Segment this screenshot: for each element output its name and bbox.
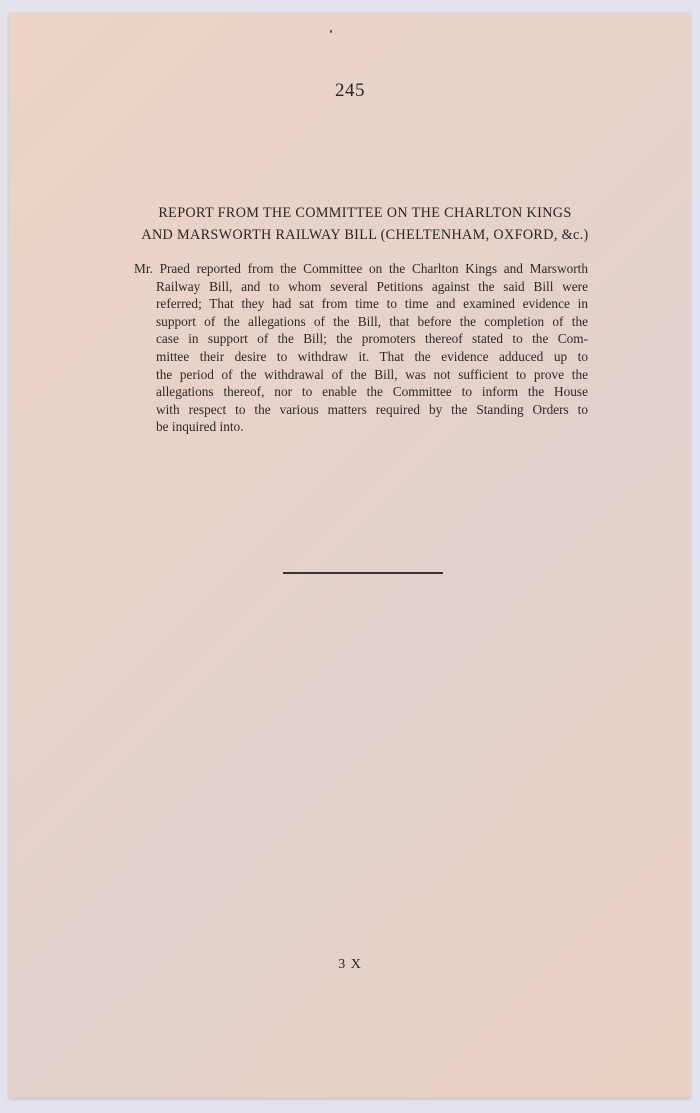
body-line: the period of the withdrawal of the Bill… (134, 366, 588, 384)
body-line: mittee their desire to withdraw it. That… (134, 348, 588, 366)
body-line: Railway Bill, and to whom several Petiti… (134, 278, 588, 296)
title-line-1: REPORT FROM THE COMMITTEE ON THE CHARLTO… (110, 202, 620, 224)
title-line-2: AND MARSWORTH RAILWAY BILL (CHELTENHAM, … (110, 224, 620, 246)
signature-mark: 3 X (0, 957, 700, 973)
body-line: allegations thereof, nor to enable the C… (134, 383, 588, 401)
body-line: be inquired into. (134, 418, 588, 436)
body-line: with respect to the various matters requ… (134, 401, 588, 419)
document-page (9, 13, 690, 1098)
body-line: case in support of the Bill; the promote… (134, 330, 588, 348)
page-number: 245 (0, 80, 700, 102)
ink-speck (330, 30, 332, 33)
body-line: support of the allegations of the Bill, … (134, 313, 588, 331)
report-title: REPORT FROM THE COMMITTEE ON THE CHARLTO… (110, 202, 620, 246)
body-line: Mr. Praed reported from the Committee on… (134, 260, 588, 278)
section-divider-rule (283, 572, 443, 574)
body-line: referred; That they had sat from time to… (134, 295, 588, 313)
report-body-paragraph: Mr. Praed reported from the Committee on… (134, 260, 588, 436)
